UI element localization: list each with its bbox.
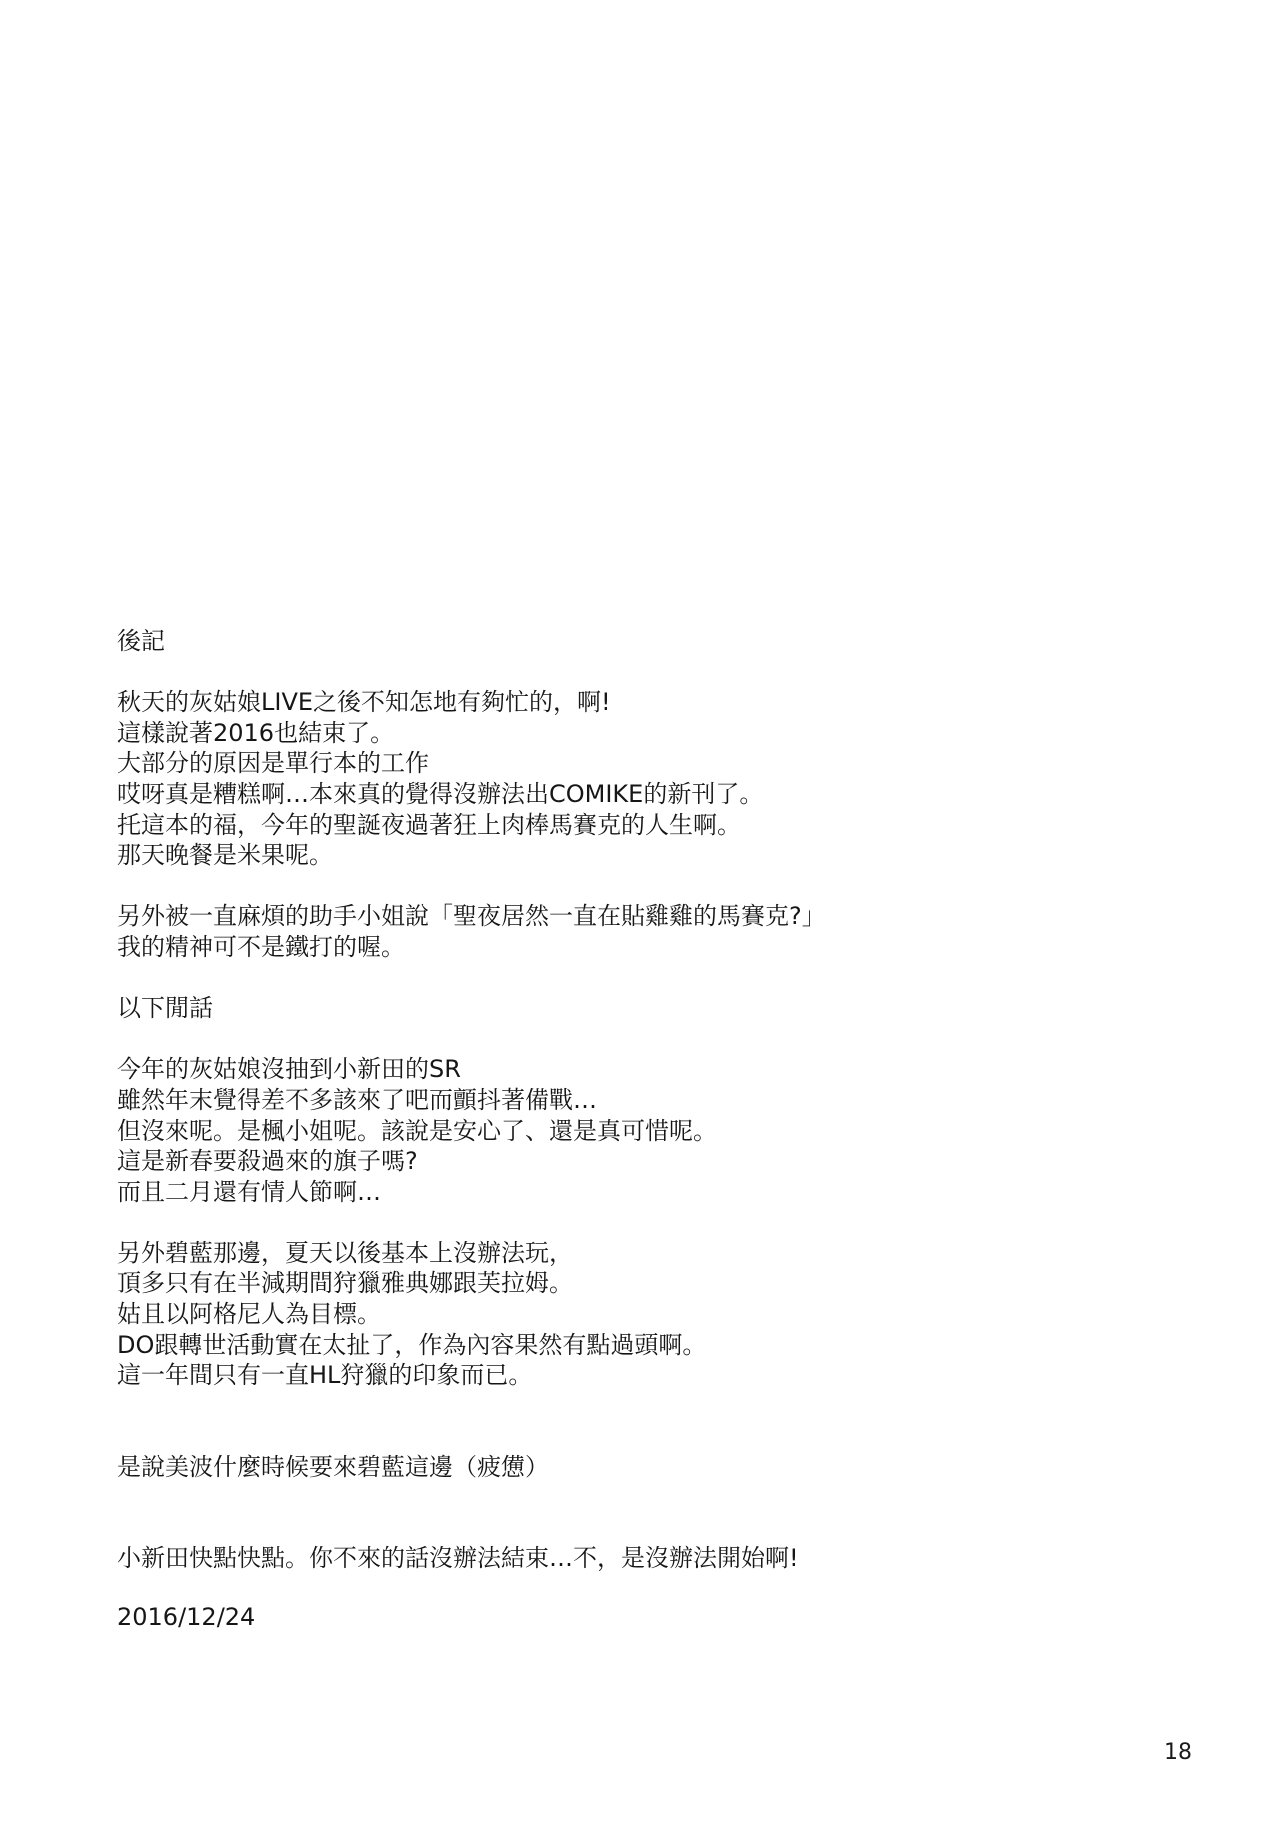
text-line: 但沒來呢。是楓小姐呢。該說是安心了、還是真可惜呢。: [117, 1116, 1117, 1147]
spacer: [117, 963, 1117, 994]
page-number: 18: [1164, 1740, 1192, 1766]
spacer: [117, 1024, 1117, 1055]
text-line: 這是新春要殺過來的旗子嗎?: [117, 1146, 1117, 1177]
text-line: 小新田快點快點。你不來的話沒辦法結束…不，是沒辦法開始啊!: [117, 1543, 1117, 1574]
text-line: 姑且以阿格尼人為目標。: [117, 1299, 1117, 1330]
text-line: 另外被一直麻煩的助手小姐說「聖夜居然一直在貼雞雞的馬賽克?」: [117, 901, 1117, 932]
spacer: [117, 871, 1117, 902]
subheading-idle-talk: 以下閒話: [117, 993, 1117, 1024]
spacer: [117, 1207, 1117, 1238]
spacer: [117, 1391, 1117, 1452]
text-line: 另外碧藍那邊，夏天以後基本上沒辦法玩，: [117, 1238, 1117, 1269]
text-line: 那天晚餐是米果呢。: [117, 840, 1117, 871]
text-line: 我的精神可不是鐵打的喔。: [117, 932, 1117, 963]
spacer: [117, 657, 1117, 688]
text-line: 是說美波什麼時候要來碧藍這邊（疲憊）: [117, 1452, 1117, 1483]
spacer: [117, 1482, 1117, 1543]
text-line: 這樣說著2016也結束了。: [117, 718, 1117, 749]
text-line: 而且二月還有情人節啊…: [117, 1177, 1117, 1208]
text-line: 這一年間只有一直HL狩獵的印象而已。: [117, 1360, 1117, 1391]
text-line: 頂多只有在半減期間狩獵雅典娜跟芙拉姆。: [117, 1268, 1117, 1299]
text-line: 哎呀真是糟糕啊…本來真的覺得沒辦法出COMIKE的新刊了。: [117, 779, 1117, 810]
afterword-text-block: 後記 秋天的灰姑娘LIVE之後不知怎地有夠忙的，啊! 這樣說著2016也結束了。…: [117, 626, 1117, 1633]
text-line: 今年的灰姑娘沒抽到小新田的SR: [117, 1054, 1117, 1085]
text-line: 雖然年末覺得差不多該來了吧而顫抖著備戰…: [117, 1085, 1117, 1116]
manga-afterword-page: 後記 秋天的灰姑娘LIVE之後不知怎地有夠忙的，啊! 這樣說著2016也結束了。…: [0, 0, 1280, 1830]
afterword-heading: 後記: [117, 626, 1117, 657]
text-line: 大部分的原因是單行本的工作: [117, 748, 1117, 779]
date: 2016/12/24: [117, 1602, 1117, 1633]
text-line: DO跟轉世活動實在太扯了，作為內容果然有點過頭啊。: [117, 1330, 1117, 1361]
text-line: 秋天的灰姑娘LIVE之後不知怎地有夠忙的，啊!: [117, 687, 1117, 718]
text-line: 托這本的福，今年的聖誕夜過著狂上肉棒馬賽克的人生啊。: [117, 810, 1117, 841]
